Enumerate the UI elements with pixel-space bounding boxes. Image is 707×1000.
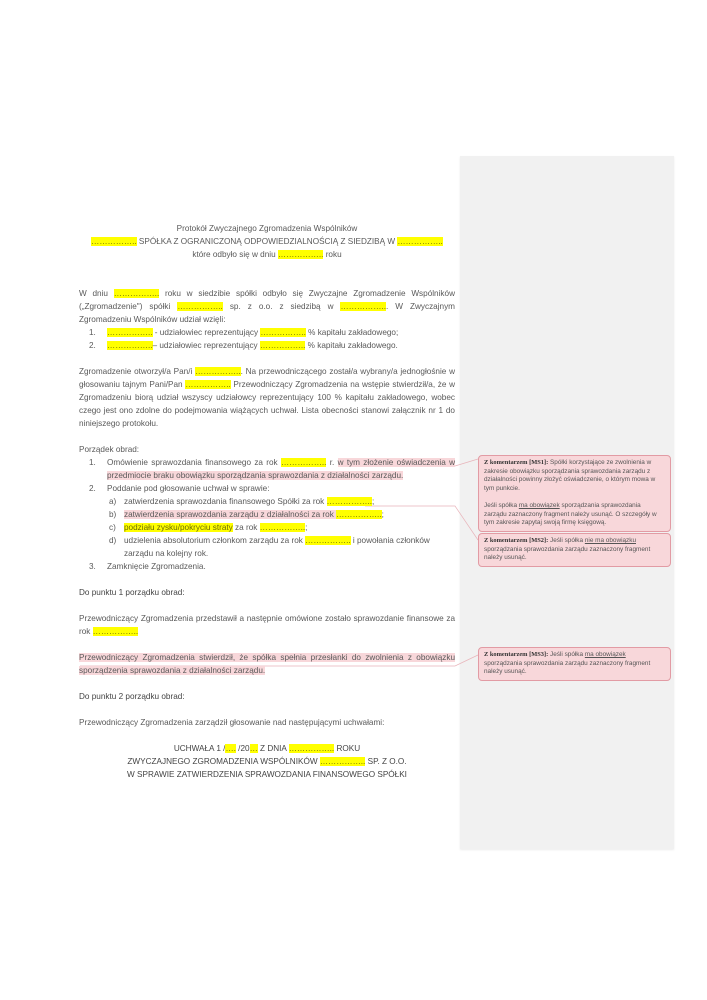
resolution-line2: ZWYCZAJNEGO ZGROMADZENIA WSPÓLNIKÓW …………… [79,755,455,768]
list-item: 2.……………..– udziałowiec reprezentujący ……… [79,339,455,352]
intro-paragraph: W dniu …………….. roku w siedzibie spółki o… [79,287,455,326]
resolution-line1: UCHWAŁA 1 /…. /20… Z DNIA …………….. ROKU [79,742,455,755]
meeting-date-line: które odbyło się w dniu …………….. roku [79,248,455,261]
blank-intro-seat[interactable]: …………….. [340,302,386,311]
blank-share[interactable]: …………….. [260,341,306,350]
comment-label: Z komentarzem [MS2]: [484,537,548,544]
blank-participant[interactable]: …………….. [107,341,153,350]
list-item: 1.Omówienie sprawozdania finansowego za … [79,456,455,482]
blank-res-num[interactable]: …. [225,744,235,753]
point2-paragraph: Przewodniczący Zgromadzenia zarządził gł… [79,716,455,729]
list-item: 2.Poddanie pod głosowanie uchwał w spraw… [79,482,455,495]
comment-label: Z komentarzem [MS3]: [484,651,548,658]
commented-text-ms2[interactable]: zatwierdzenia sprawozdania zarządu z dzi… [124,510,382,519]
document-body: Protokół Zwyczajnego Zgromadzenia Wspóln… [79,222,455,781]
blank-year[interactable]: …………….. [327,497,373,506]
blank-year[interactable]: …………….. [93,627,139,636]
agenda-heading: Porządek obrad: [79,443,455,456]
list-item: c)podziału zysku/pokryciu straty za rok … [79,521,455,534]
point1-commented-paragraph: Przewodniczący Zgromadzenia stwierdził, … [79,651,455,677]
blank-intro-date[interactable]: …………….. [114,289,160,298]
point1-heading: Do punktu 1 porządku obrad: [79,586,455,599]
resolution-line3: W SPRAWIE ZATWIERDZENIA SPRAWOZDANIA FIN… [79,768,455,781]
opening-paragraph: Zgromadzenie otworzył/a Pan/i ……………... N… [79,365,455,430]
blank-chair[interactable]: …………….. [185,380,231,389]
doc-title: Protokół Zwyczajnego Zgromadzenia Wspóln… [79,222,455,235]
blank-participant[interactable]: …………….. [107,328,153,337]
blank-year[interactable]: …………….. [336,510,382,519]
highlighted-text: podziału zysku/pokryciu straty [124,523,233,532]
blank-year[interactable]: …………….. [305,536,351,545]
list-item: 1.…………….. - udziałowiec reprezentujący …… [79,326,455,339]
point1-paragraph: Przewodniczący Zgromadzenia przedstawił … [79,612,455,638]
document-page: Protokół Zwyczajnego Zgromadzenia Wspóln… [0,0,707,1000]
blank-opener[interactable]: …………….. [195,367,241,376]
comment-label: Z komentarzem [MS1]: [484,459,548,466]
blank-intro-company[interactable]: …………….. [177,302,223,311]
list-item: b)zatwierdzenia sprawozdania zarządu z d… [79,508,455,521]
commented-text-ms3[interactable]: Przewodniczący Zgromadzenia stwierdził, … [79,653,455,675]
blank-year[interactable]: …………….. [260,523,306,532]
list-item: 3.Zamknięcie Zgromadzenia. [79,560,455,573]
list-item: a)zatwierdzenia sprawozdania finansowego… [79,495,455,508]
comment-ms3[interactable]: Z komentarzem [MS3]: Jeśli spółka ma obo… [478,647,671,681]
blank-year[interactable]: …………….. [281,458,327,467]
point2-heading: Do punktu 2 porządku obrad: [79,690,455,703]
blank-share[interactable]: …………….. [260,328,306,337]
blank-date[interactable]: …………….. [278,250,324,259]
blank-seat[interactable]: …………….. [397,237,443,246]
blank-res-company[interactable]: …………….. [320,757,366,766]
comment-ms2[interactable]: Z komentarzem [MS2]: Jeśli spółka nie ma… [478,533,671,567]
blank-res-year[interactable]: … [250,744,258,753]
blank-company-name[interactable]: …………….. [91,237,137,246]
participants-list: 1.…………….. - udziałowiec reprezentujący …… [79,326,455,352]
comment-ms1[interactable]: Z komentarzem [MS1]: Spółki korzystające… [478,455,671,532]
blank-res-date[interactable]: …………….. [289,744,335,753]
agenda-list: 1.Omówienie sprawozdania finansowego za … [79,456,455,573]
company-title-line: …………….. SPÓŁKA Z OGRANICZONĄ ODPOWIEDZIA… [79,235,455,248]
list-item: d)udzielenia absolutorium członkom zarzą… [79,534,455,560]
